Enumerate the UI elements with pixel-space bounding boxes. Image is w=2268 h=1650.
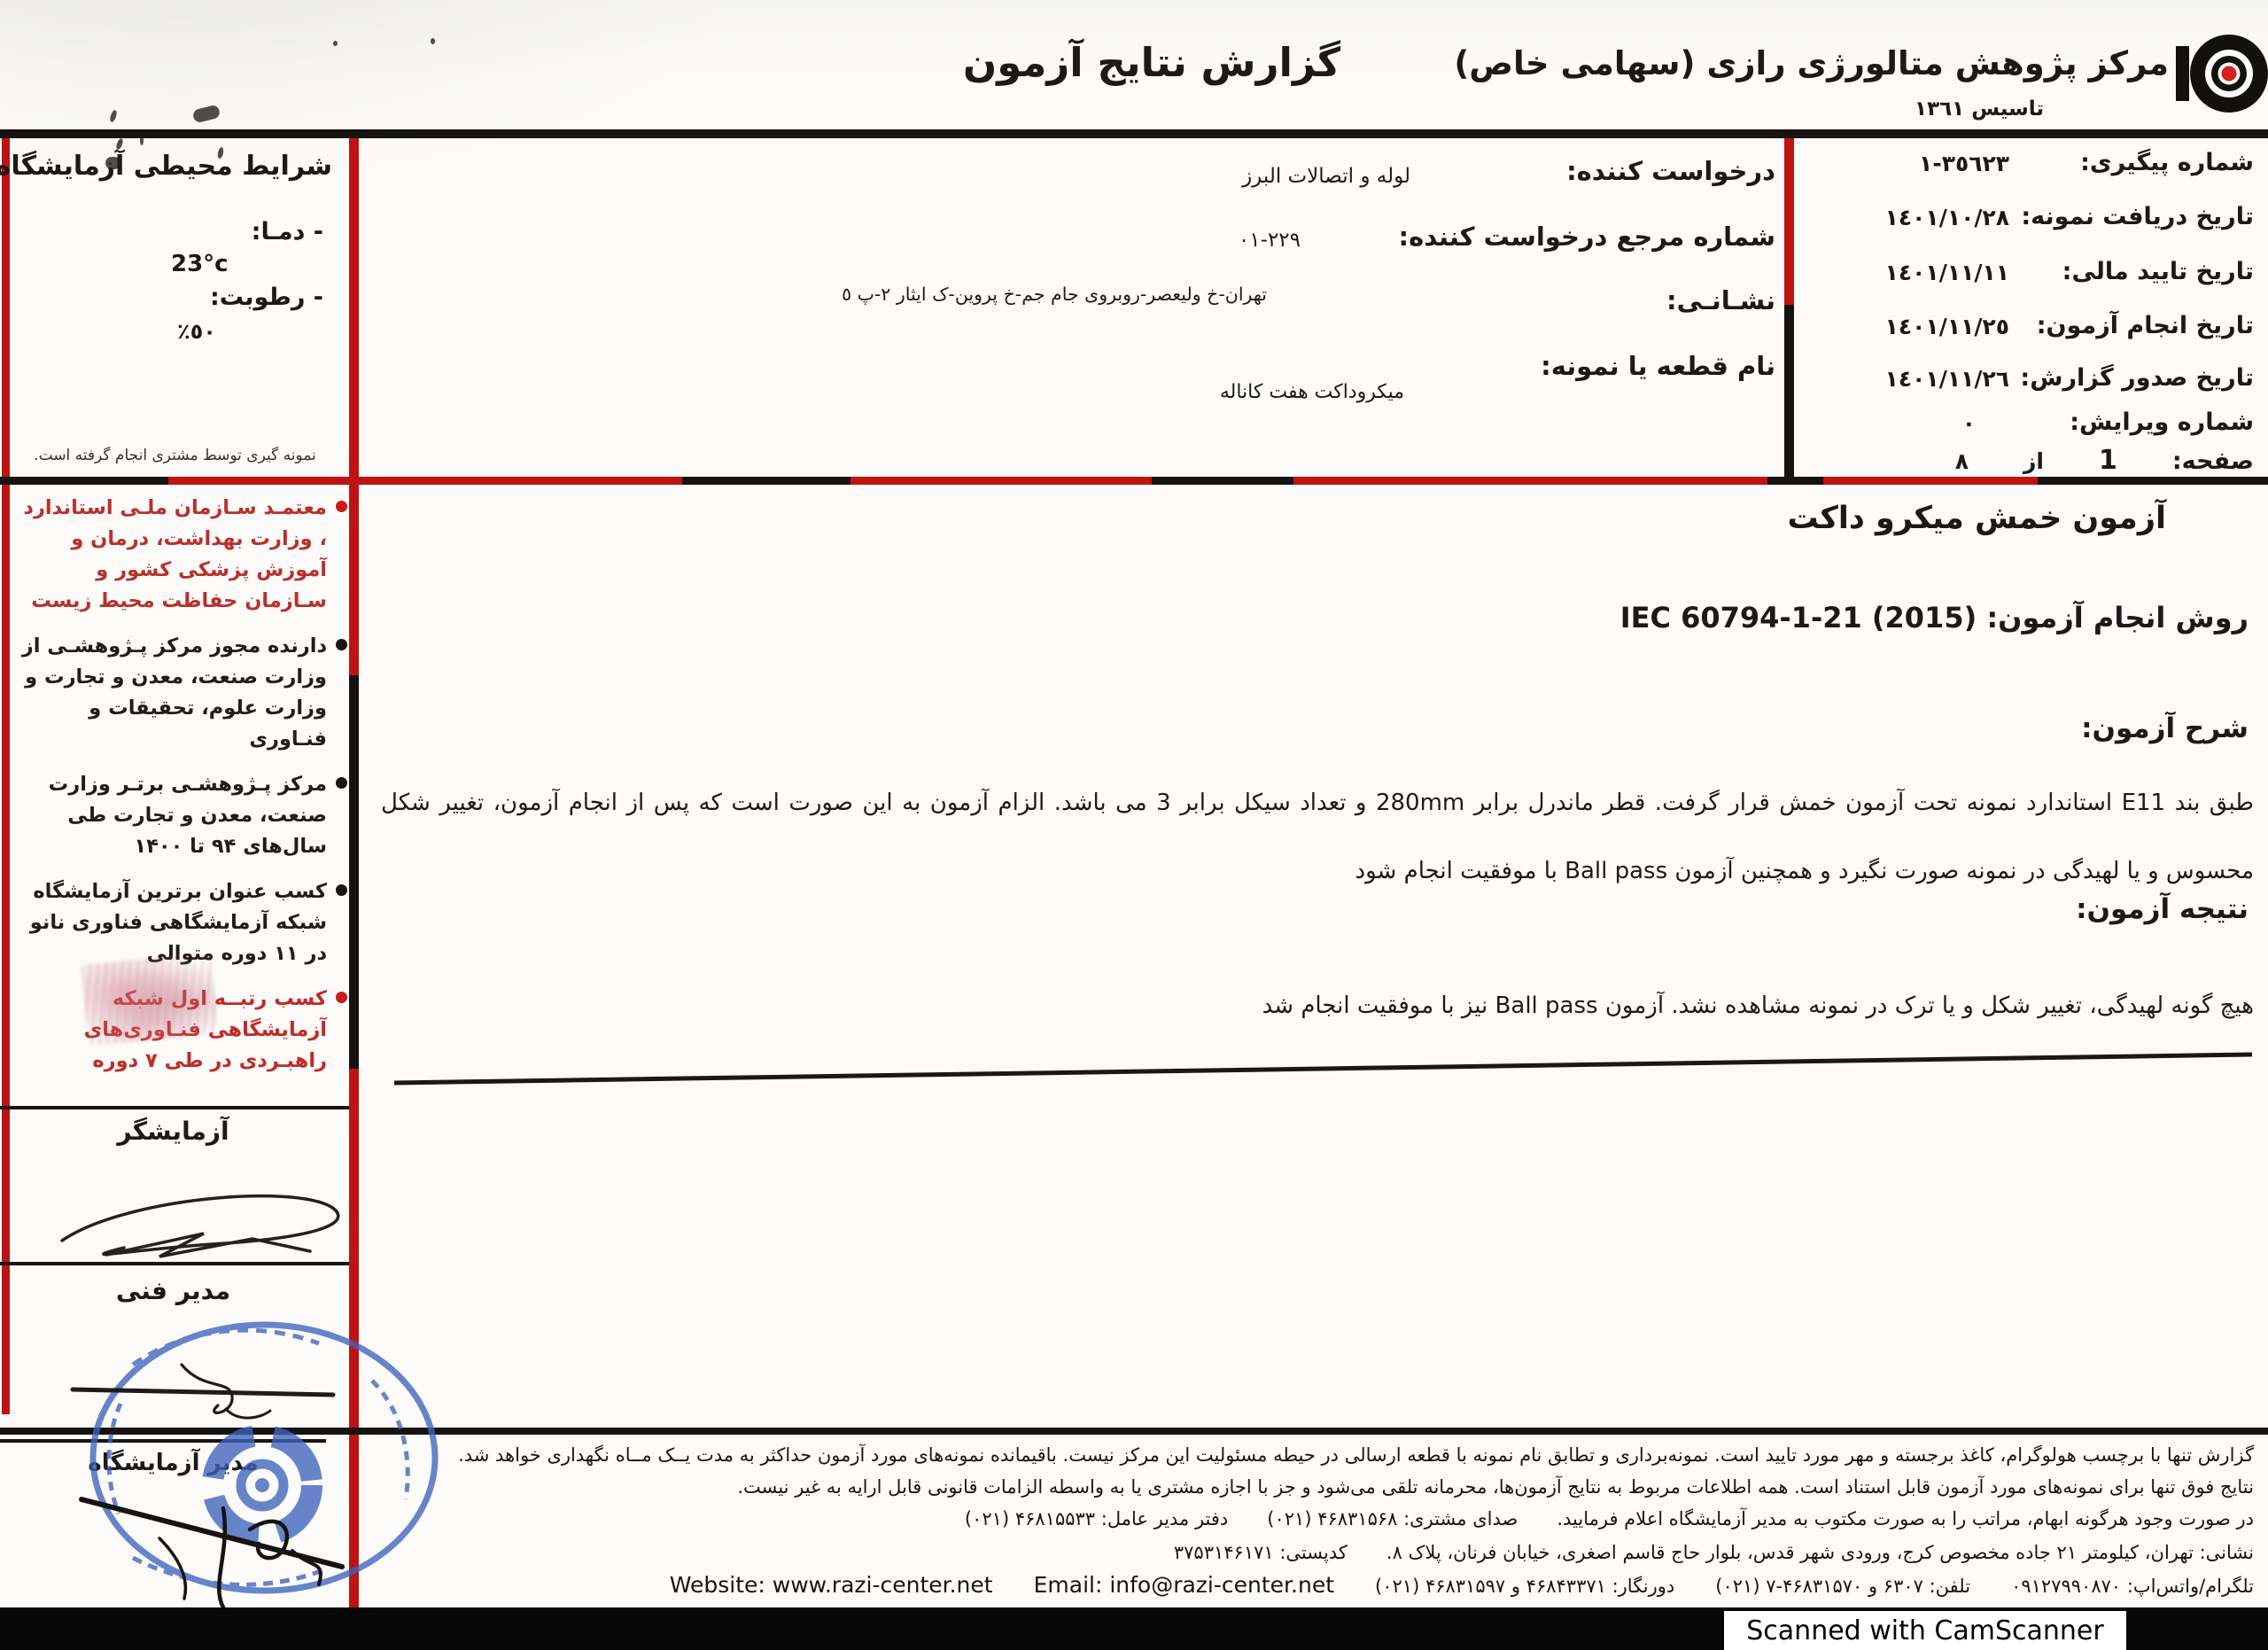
razi-logo-icon (2176, 25, 2268, 122)
left-border-line (2, 138, 10, 1414)
result-text: هیچ گونه لهیدگی، تغییر شکل و یا ترک در ن… (1262, 992, 2254, 1019)
page-total: ٨ (1955, 448, 1969, 474)
environment-title: شرایط محیطی آزمایشگاه (18, 151, 332, 182)
requester-label: نشـانـی: (1666, 285, 1775, 315)
customer-voice-phone: صدای مشتری: ۴۶۸۳۱۵۶۸ (۰۲۱) (1267, 1508, 1518, 1529)
tracking-value: ٣٥٦٢٣-١ (1919, 151, 2009, 176)
header-rule (0, 129, 2268, 138)
website-url: Website: www.razi-center.net (670, 1572, 993, 1598)
section-rule-segment (2038, 477, 2268, 485)
scan-artifact (333, 41, 338, 46)
requester-label: شماره مرجع درخواست کننده: (1399, 222, 1775, 252)
test-title: آزمون خمش میکرو داکت (1787, 501, 2166, 536)
email-address: Email: info@razi-center.net (1034, 1572, 1334, 1598)
bullet-dot-icon (336, 884, 347, 896)
credential-text: معتمـد سـازمان ملـی استاندارد ، وزارت به… (12, 493, 327, 617)
footer-line: گزارش تنها با برچسب هولوگرام، کاغذ برجست… (458, 1444, 2254, 1466)
page-label: صفحه: (2172, 448, 2254, 475)
examiner-signature (62, 1196, 338, 1257)
tracking-value: ١٤٠١/١١/٢٦ (1885, 366, 2009, 392)
sidebar-border-line (349, 675, 359, 1069)
ambiguity-note: در صورت وجود هرگونه ابهام، مراتب را به ص… (1557, 1508, 2254, 1529)
technical-manager-signature (73, 1365, 333, 1418)
tracking-label: تاریخ انجام آزمون: (2037, 312, 2254, 339)
tracking-label: تاریخ دریافت نمونه: (2021, 203, 2254, 230)
scan-artifact (431, 38, 435, 44)
footer-line: نتایج فوق تنها برای نمونه‌های مورد آزمون… (737, 1476, 2254, 1498)
signature-divider (0, 1106, 349, 1109)
bullet-dot-icon (336, 501, 347, 512)
fax-numbers: دورنگار: ۴۶۸۴۳۳۷۱ و ۴۶۸۳۱۵۹۷ (۰۲۱) (1375, 1576, 1674, 1597)
page-title: گزارش نتایج آزمون (957, 39, 1347, 86)
test-method: روش انجام آزمون: IEC 60794-1-21 (2015) (1620, 601, 2249, 634)
sampling-note: نمونه گیری توسط مشتری انجام گرفته است. (13, 447, 337, 464)
tracking-label: شماره پیگیری: (2080, 149, 2254, 176)
signature-divider (0, 1439, 326, 1443)
phone-numbers: تلفن: ۶۳۰۷ و ۴۶۸۳۱۵۷۰-۷ (۰۲۱) (1715, 1576, 1970, 1597)
section-rule-segment (1152, 477, 1293, 485)
footer-line: در صورت وجود هرگونه ابهام، مراتب را به ص… (965, 1508, 2254, 1529)
tracking-value: ١٤٠١/١١/١١ (1885, 260, 2009, 285)
scan-artifact (109, 109, 118, 122)
info-divider-line (1784, 305, 1794, 485)
temperature-label: - دمـا: (124, 218, 323, 245)
tracking-label: تاریخ تایید مالی: (2062, 258, 2254, 285)
lab-manager-label: مدیر آزمایشگاه (78, 1450, 268, 1476)
list-item: دارنده مجوز مرکز پـژوهشـی از وزارت صنعت،… (12, 631, 347, 755)
page-indicator: صفحه: 1 از ٨ (1955, 445, 2254, 476)
footer-line: نشانی: تهران، کیلومتر ۲۱ جاده مخصوص کرج،… (1174, 1542, 2254, 1563)
list-item: مرکز پـژوهشـی برتـر وزارت صنعت، معدن و ت… (12, 769, 347, 862)
examiner-label: آزمایشگر (78, 1117, 268, 1146)
info-divider-line (1784, 138, 1794, 305)
description-text: طبق بند E11 استاندارد نمونه تحت آزمون خم… (381, 769, 2254, 906)
requester-label: نام قطعه یا نمونه: (1541, 351, 1775, 381)
scan-artifact (192, 105, 221, 124)
tracking-label: شماره ویرایش: (2070, 409, 2254, 436)
faded-ink-stamp (81, 953, 218, 1047)
bullet-dot-icon (336, 639, 347, 650)
section-rule-segment (682, 477, 850, 485)
page-current: 1 (2099, 445, 2117, 476)
humidity-value: ٥٠٪ (177, 319, 216, 344)
tracking-label: تاریخ صدور گزارش: (2020, 364, 2254, 392)
requester-label: درخواست کننده: (1566, 156, 1775, 186)
list-item: معتمـد سـازمان ملـی استاندارد ، وزارت به… (12, 493, 347, 617)
humidity-label: - رطوبت: (124, 284, 323, 311)
section-rule-segment (1767, 477, 1823, 485)
credential-text: مرکز پـژوهشـی برتـر وزارت صنعت، معدن و ت… (12, 769, 327, 862)
scanned-test-report: گزارش نتایج آزمون مرکز پژوهش متالورژی را… (0, 0, 2268, 1650)
result-label: نتیجه آزمون: (2076, 893, 2249, 925)
scan-artifact (115, 137, 124, 150)
postal-code: کدپستی: ۳۷۵۳۱۴۶۱۷۱ (1174, 1542, 1348, 1563)
tracking-value: ١٤٠١/١٠/٢٨ (1885, 205, 2009, 230)
section-rule-segment (0, 477, 168, 485)
tracking-value: ١٤٠١/١١/٢٥ (1885, 314, 2009, 339)
ceo-office-phone: دفتر مدیر عامل: ۴۶۸۱۵۵۳۳ (۰۲۱) (965, 1508, 1228, 1529)
lab-manager-signature (82, 1499, 342, 1607)
sidebar-border-line (349, 138, 359, 675)
requester-value: لوله و اتصالات البرز (1242, 165, 1410, 188)
footer-rule (0, 1428, 2268, 1435)
bullet-dot-icon (336, 777, 347, 789)
result-underline (394, 1055, 2252, 1083)
footer-line: تلگرام/واتس‌اپ: ۰۹۱۲۷۹۹۰۸۷۰ تلفن: ۶۳۰۷ و… (670, 1572, 2254, 1598)
company-established: تاسیس ١٣٦١ (1915, 97, 2044, 121)
requester-value: میکروداکت هفت کاناله (1220, 381, 1404, 403)
postal-address: نشانی: تهران، کیلومتر ۲۱ جاده مخصوص کرج،… (1386, 1542, 2254, 1563)
telegram-whatsapp: تلگرام/واتس‌اپ: ۰۹۱۲۷۹۹۰۸۷۰ (2011, 1576, 2254, 1597)
temperature-value: 23°c (171, 251, 229, 277)
company-name: مرکز پژوهش متالورژی رازی (سهامی خاص) (1454, 44, 2169, 82)
technical-manager-label: مدیر فنی (78, 1276, 268, 1305)
tracking-value: ٠ (1962, 410, 1976, 436)
signature-divider (0, 1262, 349, 1265)
section-rule (0, 477, 2268, 485)
sidebar-border-line (349, 1069, 359, 1611)
credential-text: کسب عنوان برترین آزمایشگاه شبکه آزمایشگا… (12, 876, 327, 969)
credential-text: دارنده مجوز مرکز پـژوهشـی از وزارت صنعت،… (12, 631, 327, 755)
camscanner-watermark: Scanned with CamScanner (1724, 1611, 2126, 1650)
bullet-dot-icon (336, 992, 347, 1003)
camscanner-text: Scanned with CamScanner (1746, 1615, 2103, 1646)
requester-value: ٢٢٩-٠١ (1239, 229, 1301, 252)
requester-value: تهران-خ ولیعصر-روبروی جام جم-خ پروین-ک ا… (842, 284, 1267, 305)
description-label: شرح آزمون: (2081, 712, 2249, 744)
page-of: از (2023, 448, 2044, 474)
